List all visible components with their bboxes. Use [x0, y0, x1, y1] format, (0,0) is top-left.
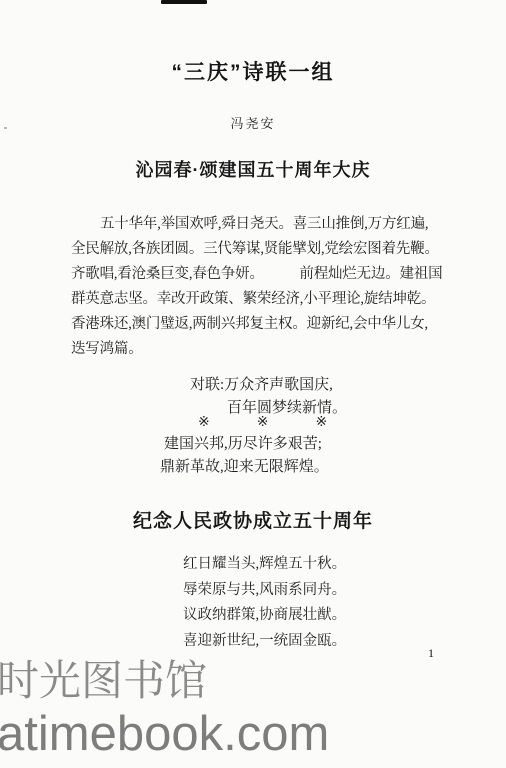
paragraph-line: 迭写鸿篇。: [71, 337, 453, 362]
paragraph-line: 齐歌唱,看沧桑巨变,春色争妍。 前程灿烂无边。建祖国: [71, 262, 453, 287]
reference-mark-icon: ※: [198, 414, 210, 431]
paragraph-line: 香港珠还,澳门璧返,两制兴邦复主权。迎新纪,会中华儿女,: [71, 312, 453, 337]
duilian-line: 对联:万众齐声歌国庆,: [190, 374, 506, 397]
scan-mark: [161, 0, 207, 4]
lushi-poem-block: 红日耀当头,辉煌五十秋。 辱荣原与共,风雨系同舟。 议政纳群策,协商展壮猷。 喜…: [183, 552, 346, 654]
paragraph-line: 群英意志坚。幸改开政策、繁荣经济,小平理论,旋结坤乾。: [71, 287, 453, 312]
book-page: “三庆”诗联一组 冯尧安 沁园春·颂建国五十周年大庆 五十华年,举国欢呼,舜日尧…: [0, 0, 506, 768]
page-title: “三庆”诗联一组: [0, 56, 506, 86]
poem-line: 议政纳群策,协商展壮猷。: [183, 603, 346, 629]
poem-line: 辱荣原与共,风雨系同舟。: [183, 578, 346, 604]
section-heading-zhengxie: 纪念人民政协成立五十周年: [0, 506, 506, 533]
watermark-domain: atimebook.com: [0, 710, 329, 759]
poem-line: 喜迎新世纪,一统固金瓯。: [183, 629, 346, 655]
couplet-line: 建国兴邦,历尽许多艰苦;: [164, 433, 329, 456]
couplet-line: 鼎新革故,迎来无限辉煌。: [160, 456, 329, 479]
watermark-chinese: 时光图书馆: [0, 660, 207, 702]
reference-mark-separator: ※ ※ ※: [198, 414, 327, 431]
reference-mark-icon: ※: [257, 414, 269, 431]
paragraph-line: 五十华年,举国欢呼,舜日尧天。喜三山推倒,万方红遍,: [71, 212, 453, 237]
poem-line: 红日耀当头,辉煌五十秋。: [183, 552, 346, 578]
ci-poem-paragraph: 五十华年,举国欢呼,舜日尧天。喜三山推倒,万方红遍, 全民解放,各族团圆。三代筹…: [71, 212, 453, 362]
couplet-block: 建国兴邦,历尽许多艰苦; 鼎新革故,迎来无限辉煌。: [164, 433, 329, 479]
page-number: 1: [428, 646, 434, 661]
reference-mark-icon: ※: [315, 414, 327, 431]
author-name: 冯尧安: [0, 113, 506, 132]
section-heading-qinyuanchun: 沁园春·颂建国五十周年大庆: [0, 156, 506, 182]
paragraph-line: 全民解放,各族团圆。三代筹谋,贤能擘划,党绘宏图着先鞭。: [71, 237, 453, 262]
